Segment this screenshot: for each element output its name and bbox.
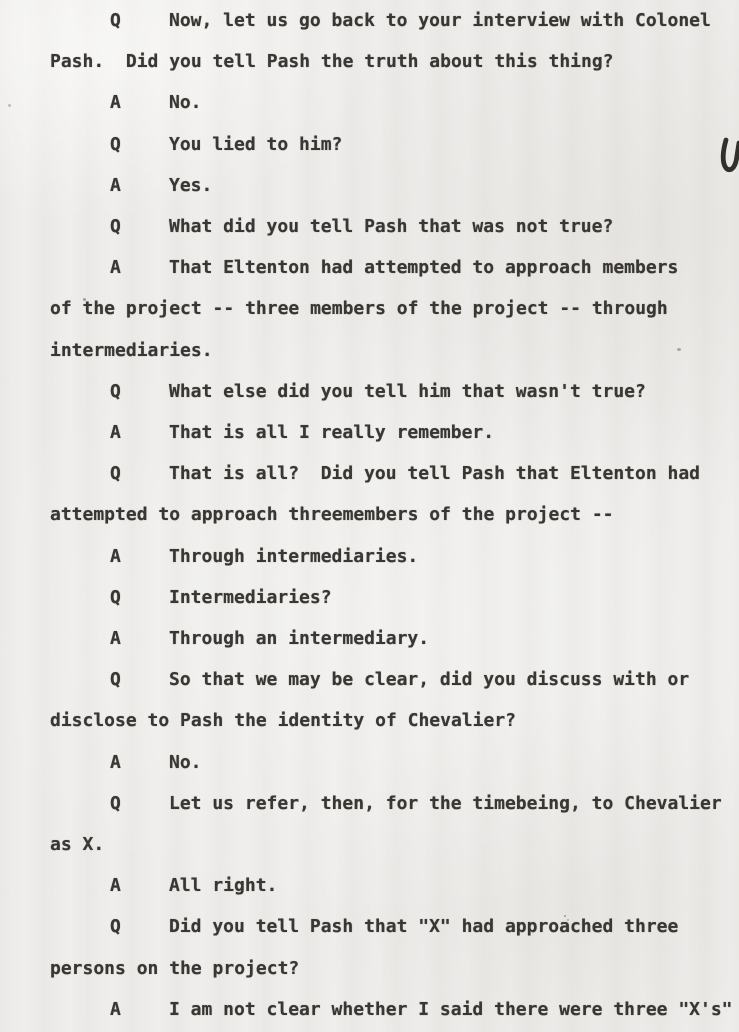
line-text: No. [169, 94, 202, 112]
line-text: That is all? Did you tell Pash that Elte… [169, 465, 700, 483]
speaker-label: Q [110, 795, 121, 813]
speaker-label: Q [110, 589, 121, 607]
speaker-label: Q [110, 136, 121, 154]
transcript-line: AAll right. [0, 877, 739, 901]
transcript-line: intermediaries. [0, 342, 739, 366]
transcript-line: of the project -- three members of the p… [0, 300, 739, 324]
transcript-line: AI am not clear whether I said there wer… [0, 1001, 739, 1025]
speaker-label: A [110, 94, 121, 112]
speaker-label: A [110, 548, 121, 566]
line-text: as X. [50, 836, 104, 854]
transcript-line: QYou lied to him? [0, 136, 739, 160]
line-text: No. [169, 754, 202, 772]
line-text: Did you tell Pash that "X" had approache… [169, 918, 678, 936]
line-text: Now, let us go back to your interview wi… [169, 12, 711, 30]
transcript-line: QNow, let us go back to your interview w… [0, 12, 739, 36]
speaker-label: A [110, 177, 121, 195]
line-text: of the project -- three members of the p… [50, 300, 668, 318]
transcript-line: QIntermediaries? [0, 589, 739, 613]
transcript-line: ANo. [0, 754, 739, 778]
speaker-label: A [110, 630, 121, 648]
speaker-label: Q [110, 218, 121, 236]
transcript-line: AThrough an intermediary. [0, 630, 739, 654]
scan-speck [677, 348, 681, 351]
line-text: Intermediaries? [169, 589, 332, 607]
line-text: That is all I really remember. [169, 424, 494, 442]
transcript-line: Pash. Did you tell Pash the truth about … [0, 53, 739, 77]
line-text: Yes. [169, 177, 212, 195]
line-text: Through intermediaries. [169, 548, 418, 566]
scan-speck [8, 104, 11, 107]
document-page: QNow, let us go back to your interview w… [0, 0, 739, 1032]
transcript-line: AYes. [0, 177, 739, 201]
line-text: What did you tell Pash that was not true… [169, 218, 613, 236]
transcript-line: QLet us refer, then, for the timebeing, … [0, 795, 739, 819]
transcript-line: AThat is all I really remember. [0, 424, 739, 448]
line-text: Let us refer, then, for the timebeing, t… [169, 795, 722, 813]
line-text: intermediaries. [50, 342, 213, 360]
transcript-line: AThrough intermediaries. [0, 548, 739, 572]
speaker-label: Q [110, 671, 121, 689]
scan-speck [564, 915, 566, 917]
line-text: What else did you tell him that wasn't t… [169, 383, 646, 401]
speaker-label: Q [110, 465, 121, 483]
transcript-line: AThat Eltenton had attempted to approach… [0, 259, 739, 283]
transcript-line: QThat is all? Did you tell Pash that Elt… [0, 465, 739, 489]
transcript-line: attempted to approach threemembers of th… [0, 506, 739, 530]
transcript-line: QWhat else did you tell him that wasn't … [0, 383, 739, 407]
speaker-label: Q [110, 383, 121, 401]
line-text: I am not clear whether I said there were… [169, 1001, 733, 1019]
transcript-line: QWhat did you tell Pash that was not tru… [0, 218, 739, 242]
line-text: All right. [169, 877, 277, 895]
scan-speck [567, 919, 569, 921]
speaker-label: A [110, 424, 121, 442]
line-text: disclose to Pash the identity of Chevali… [50, 712, 516, 730]
line-text: persons on the project? [50, 960, 299, 978]
transcript-line: as X. [0, 836, 739, 860]
speaker-label: Q [110, 918, 121, 936]
line-text: attempted to approach threemembers of th… [50, 506, 614, 524]
handwritten-pen-mark-icon [716, 135, 739, 179]
transcript-line: persons on the project? [0, 960, 739, 984]
speaker-label: A [110, 877, 121, 895]
transcript-line: QDid you tell Pash that "X" had approach… [0, 918, 739, 942]
line-text: That Eltenton had attempted to approach … [169, 259, 678, 277]
line-text: So that we may be clear, did you discuss… [169, 671, 689, 689]
line-text: Through an intermediary. [169, 630, 429, 648]
transcript-line: ANo. [0, 94, 739, 118]
speaker-label: A [110, 259, 121, 277]
speaker-label: A [110, 1001, 121, 1019]
transcript-line: QSo that we may be clear, did you discus… [0, 671, 739, 695]
scan-speck [83, 298, 86, 301]
speaker-label: A [110, 754, 121, 772]
speaker-label: Q [110, 12, 121, 30]
line-text: You lied to him? [169, 136, 342, 154]
line-text: Pash. Did you tell Pash the truth about … [50, 53, 614, 71]
transcript-line: disclose to Pash the identity of Chevali… [0, 712, 739, 736]
